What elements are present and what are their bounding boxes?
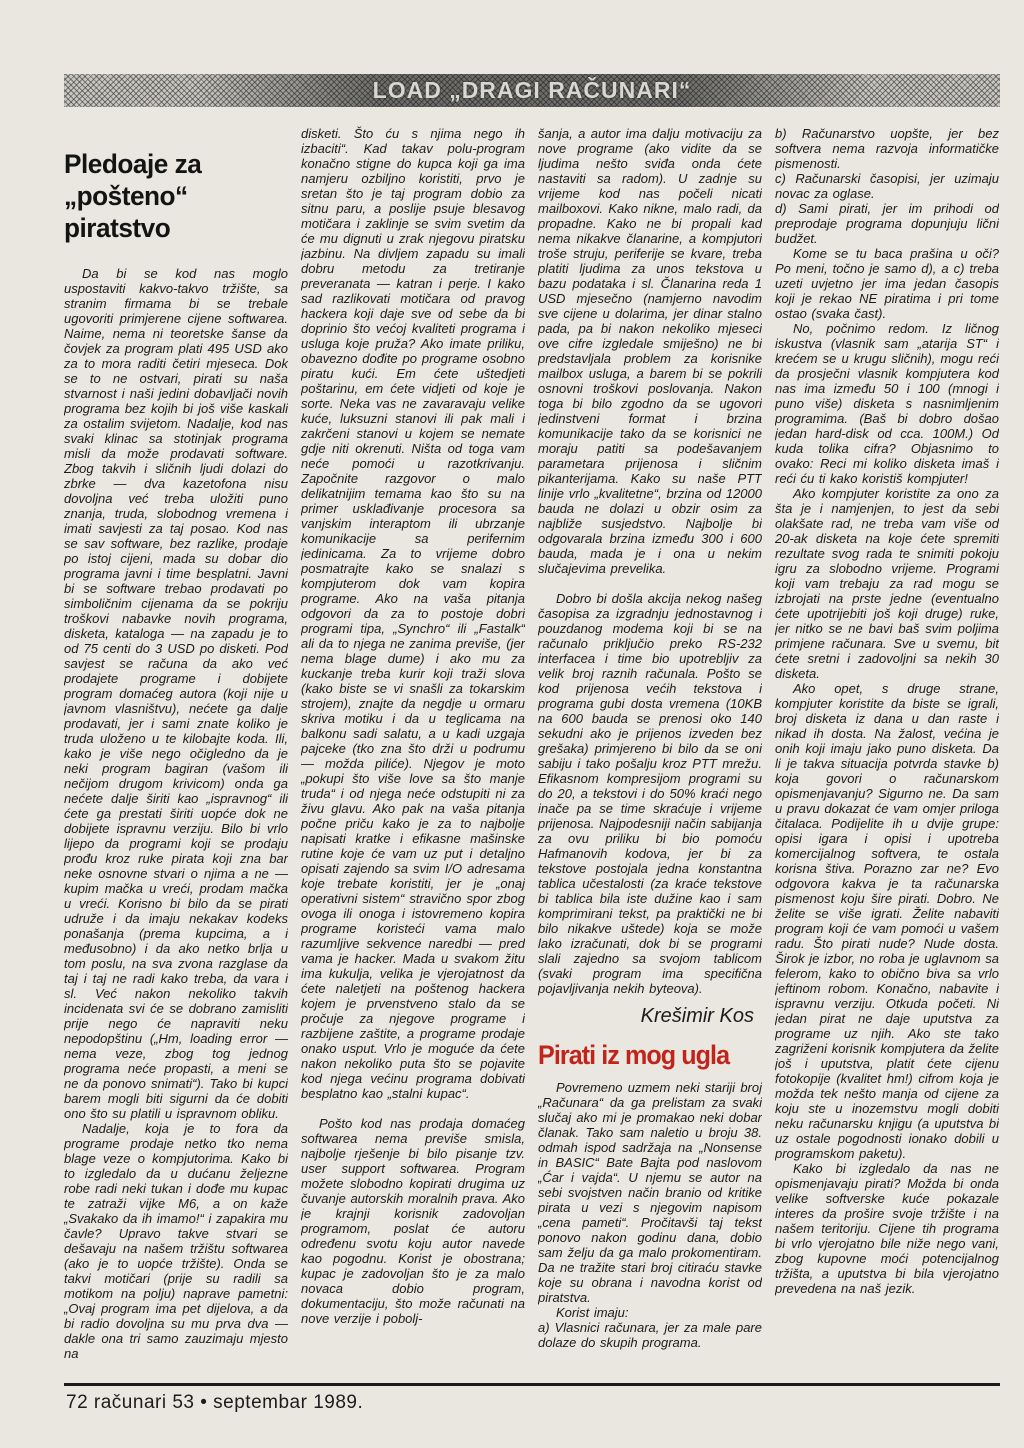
column-2: disketi. Što ću s njima nego ih izbaciti… <box>301 126 525 1374</box>
body-paragraph: Kome se tu baca prašina u oči? Po meni, … <box>775 246 999 321</box>
author-signature: Krešimir Kos <box>538 1004 762 1028</box>
article-title-line: „pošteno“ <box>64 180 281 212</box>
body-paragraph: Ako opet, s druge strane, kompjuter kori… <box>775 681 999 1161</box>
body-paragraph: Pošto kod nas prodaja domaćeg softwarea … <box>301 1116 525 1326</box>
article-heading: Pirati iz mog ugla <box>538 1040 746 1070</box>
footer-rule <box>64 1383 1000 1386</box>
body-paragraph: c) Računarski časopisi, jer uzimaju nova… <box>775 171 999 201</box>
body-paragraph: Ako kompjuter koristite za ono za šta je… <box>775 486 999 681</box>
column-3: šanja, a autor ima dalju motivaciju za n… <box>538 126 762 1374</box>
body-paragraph: Dobro bi došla akcija nekog našeg časopi… <box>538 591 762 996</box>
body-paragraph: a) Vlasnici računara, jer za male pare d… <box>538 1320 762 1350</box>
body-paragraph: Kako bi izgledalo da nas ne opismenjavaj… <box>775 1161 999 1296</box>
page-header-banner: LOAD „DRAGI RAČUNARI“ <box>64 74 1000 107</box>
magazine-page: LOAD „DRAGI RAČUNARI“ Pledoaje za„pošten… <box>0 0 1024 1448</box>
body-paragraph: Povremeno uzmem neki stariji broj „Račun… <box>538 1080 762 1305</box>
column-1: Pledoaje za„pošteno“piratstvoDa bi se ko… <box>64 126 288 1374</box>
body-paragraph: d) Sami pirati, jer im prihodi od prepro… <box>775 201 999 246</box>
body-paragraph: Korist imaju: <box>538 1305 762 1320</box>
body-paragraph: disketi. Što ću s njima nego ih izbaciti… <box>301 126 525 1101</box>
body-paragraph: Da bi se kod nas moglo uspostaviti kakvo… <box>64 266 288 1121</box>
column-4: b) Računarstvo uopšte, jer bez softvera … <box>775 126 999 1374</box>
footer-page-info: 72 računari 53 • septembar 1989. <box>66 1392 363 1414</box>
body-paragraph: b) Računarstvo uopšte, jer bez softvera … <box>775 126 999 171</box>
body-paragraph: šanja, a autor ima dalju motivaciju za n… <box>538 126 762 576</box>
article-title-line: piratstvo <box>64 212 281 244</box>
body-paragraph: No, počnimo redom. Iz ličnog iskustva (v… <box>775 321 999 486</box>
body-paragraph: Nadalje, koja je to fora da programe pro… <box>64 1121 288 1361</box>
article-title-line: Pledoaje za <box>64 148 281 180</box>
article-title: Pledoaje za„pošteno“piratstvo <box>64 148 281 244</box>
article-columns: Pledoaje za„pošteno“piratstvoDa bi se ko… <box>64 126 999 1374</box>
banner-title: LOAD „DRAGI RAČUNARI“ <box>373 77 692 104</box>
